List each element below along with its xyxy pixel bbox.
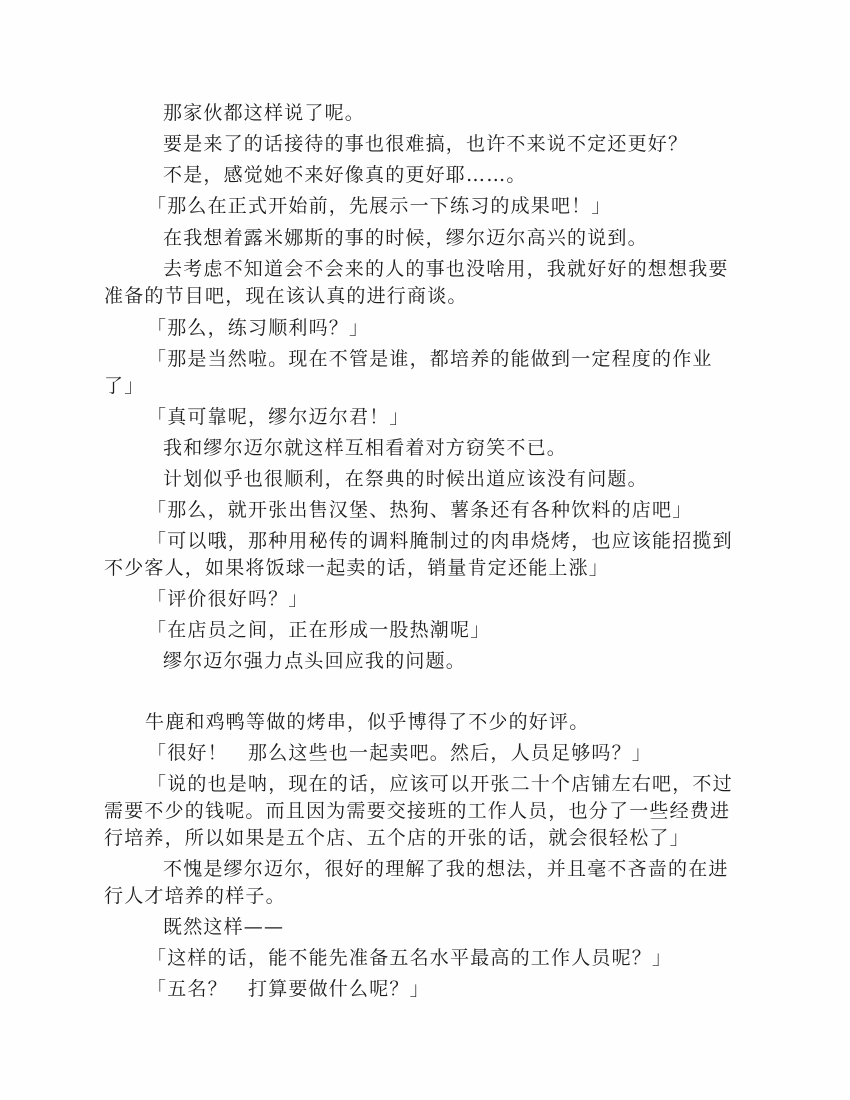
text-line: 「那么，就开张出售汉堡、热狗、薯条还有各种饮料的店吧」 (147, 499, 692, 521)
text-line: 「很好！ 那么这些也一起卖吧。然后，人员足够吗？」 (147, 742, 652, 764)
text-line: 牛鹿和鸡鸭等做的烤串，似乎博得了不少的好评。 (145, 711, 589, 733)
text-line: 需要不少的钱呢。而且因为需要交接班的工作人员，也分了一些经费进 (104, 800, 730, 822)
text-line: 「那么，练习顺利吗？」 (147, 317, 369, 339)
text-line: 「五名？ 打算要做什么呢？」 (147, 978, 430, 1000)
text-line: 「可以哦，那种用秘传的调料腌制过的肉串烧烤，也应该能招揽到 (147, 530, 733, 552)
text-line: 行培养，所以如果是五个店、五个店的开张的话，就会很轻松了」 (104, 827, 690, 849)
text-line: 「那是当然啦。现在不管是谁，都培养的能做到一定程度的作业 (147, 348, 713, 370)
text-line: 「说的也是呐，现在的话，应该可以开张二十个店铺左右吧，不过 (147, 773, 733, 795)
document-page: 那家伙都这样说了呢。要是来了的话接待的事也很难搞，也许不来说不定还更好？不是，感… (0, 0, 850, 1100)
text-line: 「评价很好吗？」 (147, 588, 309, 610)
text-line: 在我想着露米娜斯的事的时候，缪尔迈尔高兴的说到。 (163, 227, 648, 249)
text-line: 我和缪尔迈尔就这样互相看着对方窃笑不已。 (163, 437, 567, 459)
text-line: 缪尔迈尔强力点头回应我的问题。 (163, 650, 466, 672)
text-line: 要是来了的话接待的事也很难搞，也许不来说不定还更好？ (163, 133, 688, 155)
text-line: 「真可靠呢，缪尔迈尔君！」 (147, 406, 410, 428)
text-line: 不是，感觉她不来好像真的更好耶……。 (163, 164, 527, 186)
text-line: 行人才培养的样子。 (104, 885, 286, 907)
text-line: 「那么在正式开始前，先展示一下练习的成果吧！」 (147, 195, 612, 217)
text-line: 那家伙都这样说了呢。 (163, 102, 365, 124)
text-line: 去考虑不知道会不会来的人的事也没啥用，我就好好的想想我要 (163, 258, 729, 280)
text-line: 准备的节目吧，现在该认真的进行商谈。 (104, 285, 468, 307)
text-line: 「这样的话，能不能先准备五名水平最高的工作人员呢？」 (147, 947, 672, 969)
text-line: 「在店员之间，正在形成一股热潮呢」 (147, 619, 490, 641)
text-line: 既然这样—— (163, 916, 284, 938)
text-line: 不愧是缪尔迈尔，很好的理解了我的想法，并且毫不吝啬的在进 (163, 858, 729, 880)
text-line: 计划似乎也很顺利，在祭典的时候出道应该没有问题。 (163, 468, 648, 490)
text-line: 了」 (104, 375, 144, 397)
text-line: 不少客人，如果将饭球一起卖的话，销量肯定还能上涨」 (104, 557, 609, 579)
